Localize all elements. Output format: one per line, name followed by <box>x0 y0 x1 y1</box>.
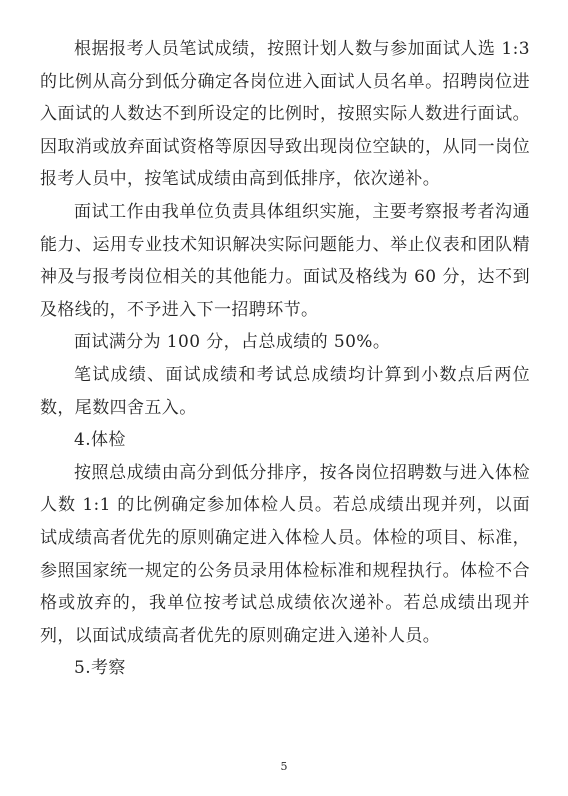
heading-inspection: 5.考察 <box>40 652 530 685</box>
paragraph-interview-score: 面试满分为 100 分，占总成绩的 50%。 <box>40 326 530 359</box>
heading-physical-exam: 4.体检 <box>40 424 530 457</box>
paragraph-interview-organization: 面试工作由我单位负责具体组织实施，主要考察报考者沟通能力、运用专业技术知识解决实… <box>40 196 530 326</box>
document-page: 根据报考人员笔试成绩，按照计划人数与参加面试人选 1:3 的比例从高分到低分确定… <box>0 0 568 796</box>
page-number: 5 <box>0 760 568 774</box>
paragraph-interview-selection: 根据报考人员笔试成绩，按照计划人数与参加面试人选 1:3 的比例从高分到低分确定… <box>40 33 530 196</box>
paragraph-score-rounding: 笔试成绩、面试成绩和考试总成绩均计算到小数点后两位数，尾数四舍五入。 <box>40 359 530 424</box>
document-body: 根据报考人员笔试成绩，按照计划人数与参加面试人选 1:3 的比例从高分到低分确定… <box>40 33 530 685</box>
paragraph-physical-exam: 按照总成绩由高分到低分排序，按各岗位招聘数与进入体检人数 1:1 的比例确定参加… <box>40 457 530 653</box>
